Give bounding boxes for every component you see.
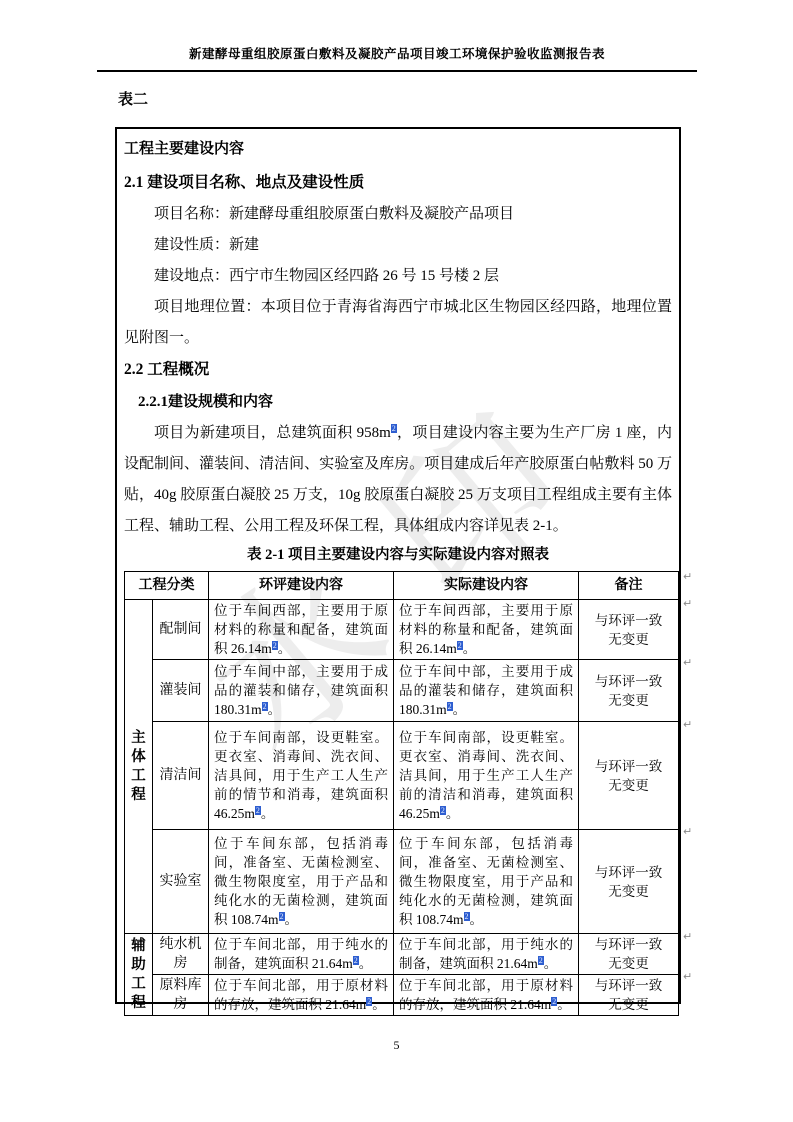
cell-text: 。 xyxy=(268,702,282,717)
room-name: 配制间 xyxy=(153,600,209,660)
room-name: 纯水机房 xyxy=(153,934,209,975)
cell-text: 。 xyxy=(446,806,460,821)
cell-text: 位于车间东部，包括消毒间，准备室、无菌检测室、微生物限度室，用于产品和纯化水的无… xyxy=(214,836,388,927)
cell-text: 。 xyxy=(544,956,558,971)
eia-cell: 位于车间中部，主要用于成品的灌装和储存，建筑面积 180.31m2。 xyxy=(209,660,394,722)
paragraph-mark: ↵ xyxy=(683,656,692,669)
cell-text: 。 xyxy=(359,956,373,971)
eia-cell: 位于车间西部，主要用于原材料的称量和配备，建筑面积 26.14m2。 xyxy=(209,600,394,660)
eia-cell: 位于车间北部，用于纯水的制备，建筑面积 21.64m2。 xyxy=(209,934,394,975)
section-2-2-1-heading: 2.2.1建设规模和内容 xyxy=(138,386,672,418)
header-remark: 备注 xyxy=(579,572,679,600)
table-row: 清洁间 位于车间南部，设更鞋室。更衣室、消毒间、洗衣间、洁具间，用于生产工人生产… xyxy=(125,722,679,830)
cell-text: 。 xyxy=(261,806,275,821)
remark-line: 与环评一致 xyxy=(579,976,678,995)
remark-line: 与环评一致 xyxy=(579,757,678,776)
project-name-line: 项目名称：新建酵母重组胶原蛋白敷料及凝胶产品项目 xyxy=(124,199,672,230)
group-auxiliary-works: 辅 助 工 程 xyxy=(125,934,153,1016)
table-2-1-title: 表 2-1 项目主要建设内容与实际建设内容对照表 xyxy=(124,543,672,568)
paragraph-mark: ↵ xyxy=(683,825,692,838)
content-box: 工程主要建设内容 2.1 建设项目名称、地点及建设性质 项目名称：新建酵母重组胶… xyxy=(115,127,681,1004)
cell-text: 。 xyxy=(557,997,571,1012)
remark-cell: 与环评一致无变更 xyxy=(579,660,679,722)
page-number: 5 xyxy=(0,1038,793,1053)
header-eia-content: 环评建设内容 xyxy=(209,572,394,600)
eia-cell: 位于车间东部，包括消毒间，准备室、无菌检测室、微生物限度室，用于产品和纯化水的无… xyxy=(209,830,394,934)
cell-text: 。 xyxy=(278,641,292,656)
remark-line: 无变更 xyxy=(579,995,678,1014)
paragraph-mark: ↵ xyxy=(683,570,692,583)
room-name: 实验室 xyxy=(153,830,209,934)
table-header-row: 工程分类 环评建设内容 实际建设内容 备注 xyxy=(125,572,679,600)
actual-cell: 位于车间北部，用于原材料的存放，建筑面积 21.64m2。 xyxy=(394,975,579,1016)
remark-line: 无变更 xyxy=(579,691,678,710)
actual-cell: 位于车间北部，用于纯水的制备，建筑面积 21.64m2。 xyxy=(394,934,579,975)
paragraph-mark: ↵ xyxy=(683,718,692,731)
header-category: 工程分类 xyxy=(125,572,209,600)
remark-line: 与环评一致 xyxy=(579,935,678,954)
cell-text: 位于车间南部，设更鞋室。更衣室、消毒间、洗衣间、洁具间，用于生产工人生产前的清洁… xyxy=(399,730,573,821)
cell-text: 。 xyxy=(463,641,477,656)
cell-text: 位于车间中部，主要用于成品的灌装和储存，建筑面积 180.31m xyxy=(214,664,388,717)
actual-cell: 位于车间中部，主要用于成品的灌装和储存，建筑面积 180.31m2。 xyxy=(394,660,579,722)
page-header-title: 新建酵母重组胶原蛋白敷料及凝胶产品项目竣工环境保护验收监测报告表 xyxy=(97,44,697,72)
cell-text: 位于车间东部，包括消毒间，准备室、无菌检测室、微生物限度室，用于产品和纯化水的无… xyxy=(399,836,573,927)
cell-text: 。 xyxy=(285,912,299,927)
header-actual-content: 实际建设内容 xyxy=(394,572,579,600)
document-page: { "page": { "header_title": "新建酵母重组胶原蛋白敷… xyxy=(0,0,793,1122)
paragraph-mark: ↵ xyxy=(683,597,692,610)
remark-line: 无变更 xyxy=(579,776,678,795)
room-name: 原料库房 xyxy=(153,975,209,1016)
remark-line: 无变更 xyxy=(579,882,678,901)
remark-line: 无变更 xyxy=(579,630,678,649)
remark-cell: 与环评一致无变更 xyxy=(579,600,679,660)
actual-cell: 位于车间东部，包括消毒间，准备室、无菌检测室、微生物限度室，用于产品和纯化水的无… xyxy=(394,830,579,934)
group-main-works: 主 体 工 程 xyxy=(125,600,153,934)
room-name: 灌装间 xyxy=(153,660,209,722)
geographic-location-paragraph: 项目地理位置：本项目位于青海省海西宁市城北区生物园区经四路，地理位置见附图一。 xyxy=(124,292,672,354)
cell-text: 位于车间中部，主要用于成品的灌装和储存，建筑面积 180.31m xyxy=(399,664,573,717)
cell-text: 位于车间北部，用于原材料的存放，建筑面积 21.64m xyxy=(214,978,388,1012)
actual-cell: 位于车间南部，设更鞋室。更衣室、消毒间、洗衣间、洁具间，用于生产工人生产前的清洁… xyxy=(394,722,579,830)
remark-line: 与环评一致 xyxy=(579,611,678,630)
scale-text-post: ，项目建设内容主要为生产厂房 1 座，内设配制间、灌装间、清洁间、实验室及库房。… xyxy=(124,425,672,534)
table-row: 主 体 工 程 配制间 位于车间西部，主要用于原材料的称量和配备，建筑面积 26… xyxy=(125,600,679,660)
form-label: 表二 xyxy=(118,88,148,109)
table-row: 原料库房 位于车间北部，用于原材料的存放，建筑面积 21.64m2。 位于车间北… xyxy=(125,975,679,1016)
remark-cell: 与环评一致无变更 xyxy=(579,975,679,1016)
actual-cell: 位于车间西部，主要用于原材料的称量和配备，建筑面积 26.14m2。 xyxy=(394,600,579,660)
scale-paragraph: 项目为新建项目，总建筑面积 958m2，项目建设内容主要为生产厂房 1 座，内设… xyxy=(124,418,672,542)
scale-text-pre: 项目为新建项目，总建筑面积 958m xyxy=(154,425,391,441)
remark-line: 与环评一致 xyxy=(579,672,678,691)
cell-text: 。 xyxy=(453,702,467,717)
section-2-2-heading: 2.2 工程概况 xyxy=(124,354,672,386)
remark-cell: 与环评一致无变更 xyxy=(579,722,679,830)
table-row: 实验室 位于车间东部，包括消毒间，准备室、无菌检测室、微生物限度室，用于产品和纯… xyxy=(125,830,679,934)
paragraph-mark: ↵ xyxy=(683,970,692,983)
paragraph-mark: ↵ xyxy=(683,930,692,943)
remark-cell: 与环评一致无变更 xyxy=(579,830,679,934)
construction-site-line: 建设地点：西宁市生物园区经四路 26 号 15 号楼 2 层 xyxy=(124,261,672,292)
cell-text: 位于车间北部，用于原材料的存放，建筑面积 21.64m xyxy=(399,978,573,1012)
remark-cell: 与环评一致无变更 xyxy=(579,934,679,975)
remark-line: 与环评一致 xyxy=(579,863,678,882)
construction-comparison-table: 工程分类 环评建设内容 实际建设内容 备注 主 体 工 程 配制间 位于车间西部… xyxy=(124,571,679,1016)
cell-text: 。 xyxy=(372,997,386,1012)
cell-text: 位于车间西部，主要用于原材料的称量和配备，建筑面积 26.14m xyxy=(214,603,388,656)
box-title: 工程主要建设内容 xyxy=(124,134,672,164)
table-row: 辅 助 工 程 纯水机房 位于车间北部，用于纯水的制备，建筑面积 21.64m2… xyxy=(125,934,679,975)
remark-line: 无变更 xyxy=(579,954,678,973)
room-name: 清洁间 xyxy=(153,722,209,830)
construction-nature-line: 建设性质：新建 xyxy=(124,230,672,261)
table-row: 灌装间 位于车间中部，主要用于成品的灌装和储存，建筑面积 180.31m2。 位… xyxy=(125,660,679,722)
cell-text: 位于车间南部，设更鞋室。更衣室、消毒间、洗衣间、洁具间，用于生产工人生产前的情节… xyxy=(214,730,388,821)
cell-text: 。 xyxy=(470,912,484,927)
section-2-1-heading: 2.1 建设项目名称、地点及建设性质 xyxy=(124,167,672,199)
eia-cell: 位于车间南部，设更鞋室。更衣室、消毒间、洗衣间、洁具间，用于生产工人生产前的情节… xyxy=(209,722,394,830)
eia-cell: 位于车间北部，用于原材料的存放，建筑面积 21.64m2。 xyxy=(209,975,394,1016)
cell-text: 位于车间西部，主要用于原材料的称量和配备，建筑面积 26.14m xyxy=(399,603,573,656)
